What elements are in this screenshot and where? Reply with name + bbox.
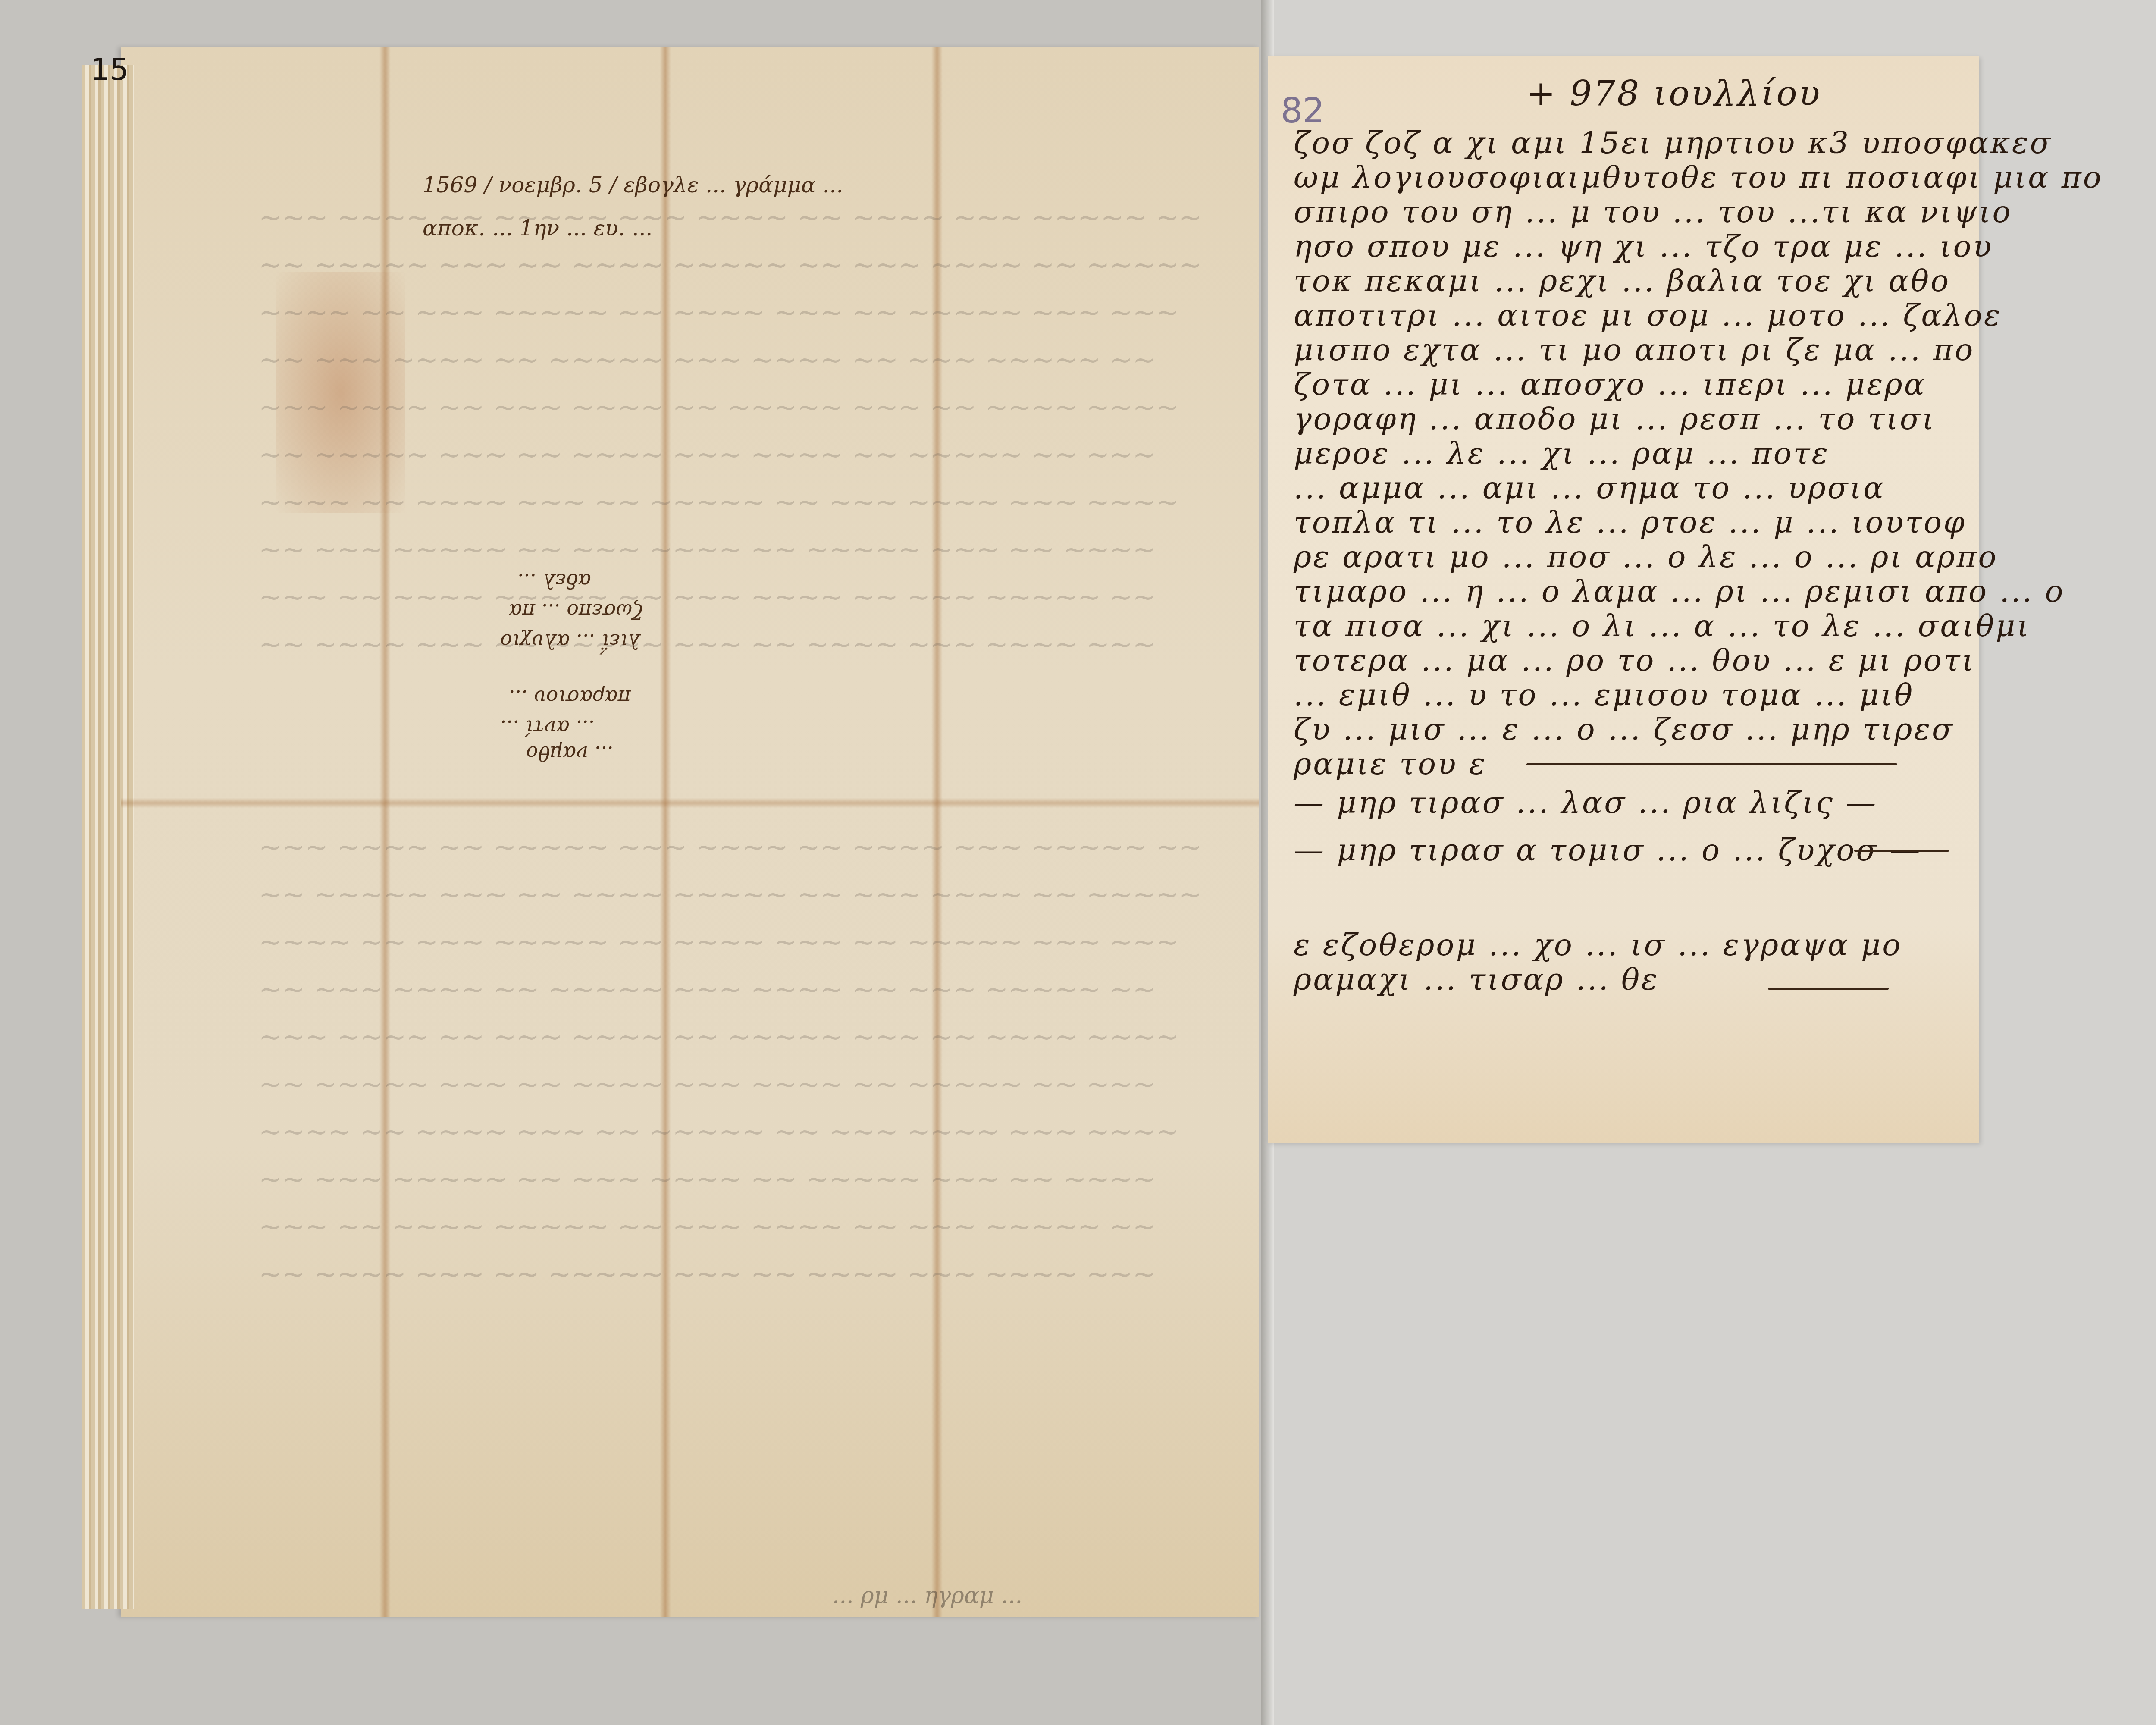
faded-bleedthrough-text-bottom: ~~~ ~~~~ ~~ ~~~~~ ~~~ ~~~~ ~~ ~~~~ ~~~ ~… [259, 824, 1207, 1384]
letter-line: τα πισα ... χι ... ο λι ... α ... το λε … [1294, 608, 2031, 643]
letter-line: ε εζοθερομ ... χο ... ισ ... εγραψα μο [1294, 927, 1902, 963]
letter-line: αποτιτρι ... αιτοε μι σομ ... μοτο ... ζ… [1294, 298, 2002, 333]
page-edge-stack [82, 65, 134, 1609]
upside-down-note-1: αδελ ... [517, 569, 591, 593]
attached-letter-sheet: 82 + 978 ιουλλίου ζοσ ζοζ α χι αμι 15ει … [1268, 56, 1979, 1143]
letter-line: τοτερα ... μα ... ρο το ... θου ... ε μι… [1294, 643, 1975, 678]
left-folded-sheet: ~~~ ~~~~ ~~ ~~~~~ ~~~ ~~~~ ~~ ~~~~ ~~~ ~… [121, 47, 1259, 1617]
letter-line: ζοτα ... μι ... αποσχο ... ιπερι ... μερ… [1294, 367, 1926, 402]
bottom-margin-note: ... ρμ ... ηγραμ ... [832, 1583, 1022, 1609]
ink-underline [1526, 763, 1897, 765]
letter-line: σπιρο του ση ... μ του ... του ...τι κα … [1294, 194, 2012, 229]
letter-line: ζυ ... μισ ... ε ... ο ... ζεσσ ... μηρ … [1294, 712, 1954, 747]
folio-number: 15 [91, 52, 129, 87]
letter-line: ... αμμα ... αμι ... σημα το ... υρσια [1294, 470, 1885, 505]
horizontal-fold-line [121, 798, 1259, 808]
letter-line: ρε αρατι μο ... ποσ ... ο λε ... ο ... ρ… [1294, 539, 1998, 574]
letter-line: μισπο εχτα ... τι μο αποτι ρι ζε μα ... … [1294, 332, 1974, 367]
ink-note-line-1: 1569 / νοεμβρ. 5 / εβογλε ... γράμμα ... [423, 172, 843, 198]
letter-line: τιμαρο ... η ... ο λαμα ... ρι ... ρεμισ… [1294, 574, 2065, 609]
upside-down-note-2: ζωσεπο ... πα [509, 599, 643, 623]
upside-down-note-6: ... ναμθο [526, 742, 614, 765]
letter-line: — μηρ τιρασ α τομισ ... ο ... ζυχοσ — [1294, 832, 1922, 868]
ink-underline [1768, 988, 1889, 990]
letter-line: τοπλα τι ... το λε ... ρτοε ... μ ... ιο… [1294, 505, 1966, 540]
letter-line: ραμαχι ... τισαρ ... θε [1294, 962, 1659, 997]
letter-line: γοραφη ... αποδο μι ... ρεσπ ... το τισι [1294, 401, 1936, 436]
upside-down-note-5: ... αντί ... [500, 716, 595, 739]
letter-line: ραμιε του ε [1294, 746, 1487, 781]
letter-line: — μηρ τιρασ ... λασ ... ρια λιζις — [1294, 785, 1877, 820]
faded-bleedthrough-text-top: ~~~ ~~~~ ~~ ~~~~~ ~~~ ~~~~ ~~ ~~~~ ~~~ ~… [259, 194, 1207, 755]
letter-line: ησο σπου με ... ψη χι ... τζο τρα με ...… [1294, 229, 1993, 264]
letter-line: ζοσ ζοζ α χι αμι 15ει μηρτιου κ3 υποσφακ… [1294, 125, 2052, 160]
ink-note-line-2: αποκ. ... 1ην ... ευ. ... [423, 216, 652, 241]
ink-underline [1854, 850, 1949, 852]
letter-line: ωμ λογιουσοφιαιμθυτοθε του πι ποσιαφι μι… [1294, 160, 2103, 195]
upside-down-note-3: λιεΐ ... αλυχιο [500, 630, 640, 653]
upside-down-note-4: παρασιου ... [509, 686, 631, 709]
letter-line: μεροε ... λε ... χι ... ραμ ... ποτε [1294, 436, 1830, 471]
letter-heading: + 978 ιουλλίου [1526, 73, 1821, 113]
letter-line: τοκ πεκαμι ... ρεχι ... βαλια τοε χι αθο [1294, 263, 1950, 298]
letter-line: ... εμιθ ... υ το ... εμισου τομα ... μι… [1294, 677, 1914, 712]
